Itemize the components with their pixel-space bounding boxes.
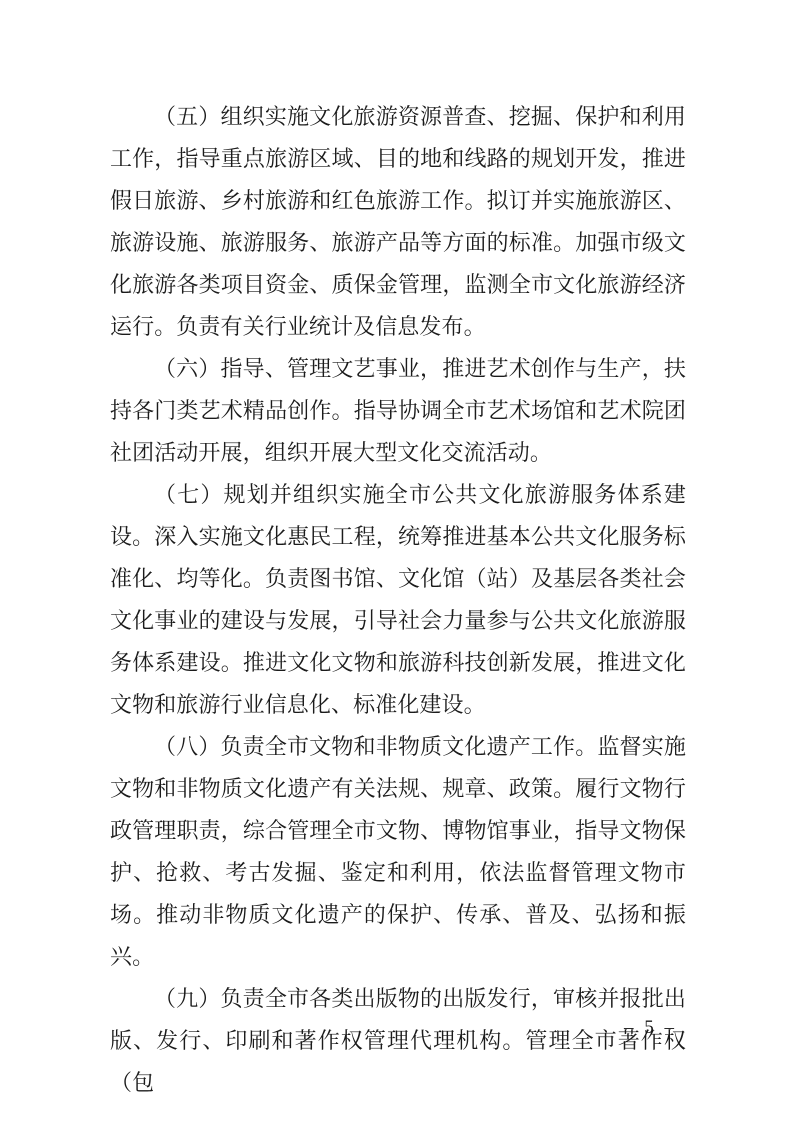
document-body: （五）组织实施文化旅游资源普查、挖掘、保护和利用工作，指导重点旅游区域、目的地和… (110, 96, 686, 1104)
paragraph-clause-5: （五）组织实施文化旅游资源普查、挖掘、保护和利用工作，指导重点旅游区域、目的地和… (110, 96, 686, 348)
paragraph-clause-6: （六）指导、管理文艺事业，推进艺术创作与生产，扶持各门类艺术精品创作。指导协调全… (110, 348, 686, 474)
paragraph-clause-8: （八）负责全市文物和非物质文化遗产工作。监督实施文物和非物质文化遗产有关法规、规… (110, 726, 686, 978)
page-number: – 5 – (624, 1016, 677, 1040)
document-page: （五）组织实施文化旅游资源普查、挖掘、保护和利用工作，指导重点旅游区域、目的地和… (0, 0, 793, 1122)
paragraph-clause-7: （七）规划并组织实施全市公共文化旅游服务体系建设。深入实施文化惠民工程，统筹推进… (110, 474, 686, 726)
paragraph-clause-9: （九）负责全市各类出版物的出版发行，审核并报批出版、发行、印刷和著作权管理代理机… (110, 978, 686, 1104)
